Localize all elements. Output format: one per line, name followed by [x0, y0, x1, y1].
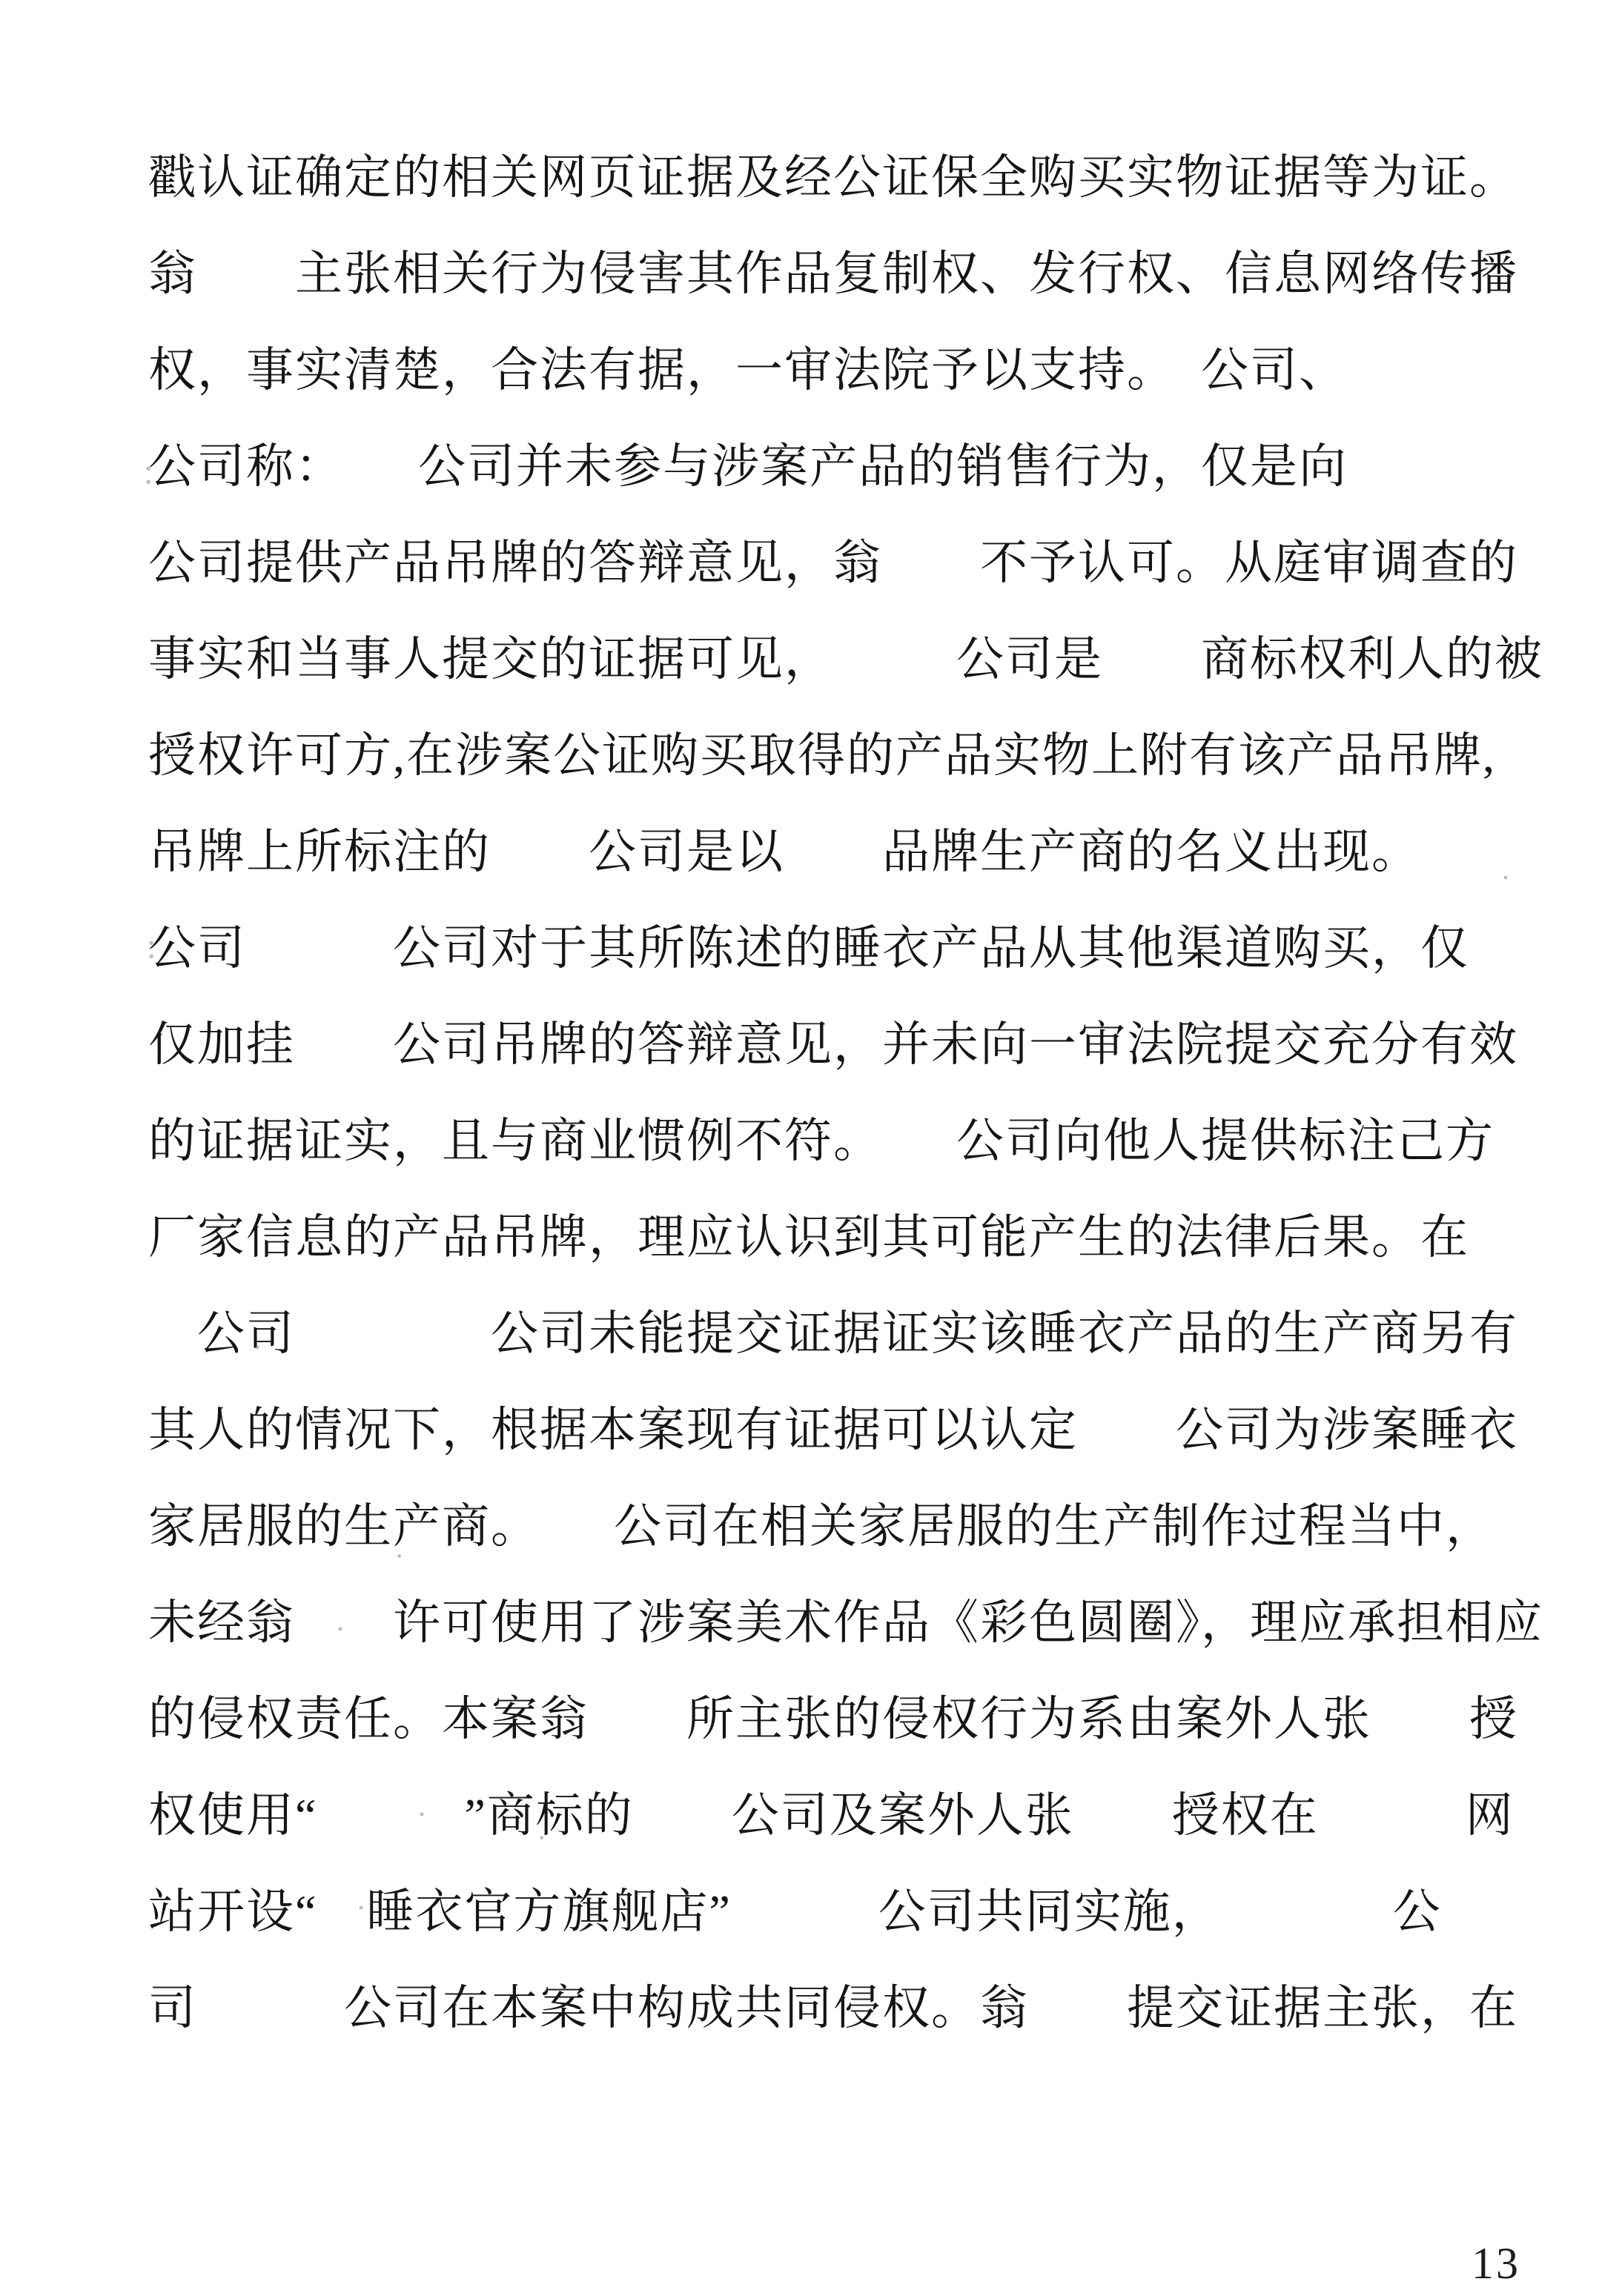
text-line-3: 权，事实清楚，合法有据，一审法院予以支持。 公司、 — [148, 344, 1348, 397]
page-number: 13 — [1472, 2238, 1520, 2289]
text-line-10: 仅加挂 公司吊牌的答辩意见，并未向一审法院提交充分有效 — [148, 1018, 1518, 1072]
text-line-12: 厂家信息的产品吊牌，理应认识到其可能产生的法律后果。在 — [148, 1211, 1469, 1264]
text-line-6: 事实和当事人提交的证据可见， 公司是 商标权利人的被 — [148, 633, 1543, 686]
text-line-2: 翁 主张相关行为侵害其作品复制权、发行权、信息网络传播 — [148, 248, 1518, 301]
text-line-9: 公司 公司对于其所陈述的睡衣产品从其他渠道购买，仅 — [148, 922, 1469, 975]
text-line-5: 公司提供产品吊牌的答辩意见，翁 不予认可。从庭审调查的 — [148, 537, 1518, 590]
text-line-13: 公司 公司未能提交证据证实该睡衣产品的生产商另有 — [148, 1307, 1518, 1361]
text-line-1: 戳认证确定的相关网页证据及经公证保全购买实物证据等为证。 — [148, 151, 1518, 205]
text-line-4: 公司称： 公司并未参与涉案产品的销售行为，仅是向 — [148, 440, 1348, 494]
document-page: 戳认证确定的相关网页证据及经公证保全购买实物证据等为证。翁 主张相关行为侵害其作… — [0, 0, 1622, 2296]
text-line-16: 未经翁 许可使用了涉案美术作品《彩色圆圈》，理应承担相应 — [148, 1596, 1543, 1650]
text-line-15: 家居服的生产商。 公司在相关家居服的生产制作过程当中， — [148, 1500, 1494, 1553]
text-line-17: 的侵权责任。本案翁 所主张的侵权行为系由案外人张 授 — [148, 1693, 1518, 1746]
text-line-19: 站开设“ 睡衣官方旗舰店” 公司共同实施， 公 — [148, 1885, 1442, 1939]
text-line-7: 授权许可方,在涉案公证购买取得的产品实物上附有该产品吊牌, — [148, 729, 1496, 783]
text-line-8: 吊牌上所标注的 公司是以 品牌生产商的名义出现。 — [148, 826, 1420, 879]
text-line-20: 司 公司在本案中构成共同侵权。翁 提交证据主张，在 — [148, 1982, 1518, 2035]
text-line-18: 权使用“ ”商标的 公司及案外人张 授权在 网 — [148, 1789, 1515, 1842]
text-layer: 戳认证确定的相关网页证据及经公证保全购买实物证据等为证。翁 主张相关行为侵害其作… — [0, 0, 1622, 2296]
scan-artifact: · — [1500, 863, 1511, 894]
text-line-11: 的证据证实，且与商业惯例不符。 公司向他人提供标注己方 — [148, 1115, 1494, 1168]
text-line-14: 其人的情况下，根据本案现有证据可以认定 公司为涉案睡衣 — [148, 1404, 1518, 1457]
